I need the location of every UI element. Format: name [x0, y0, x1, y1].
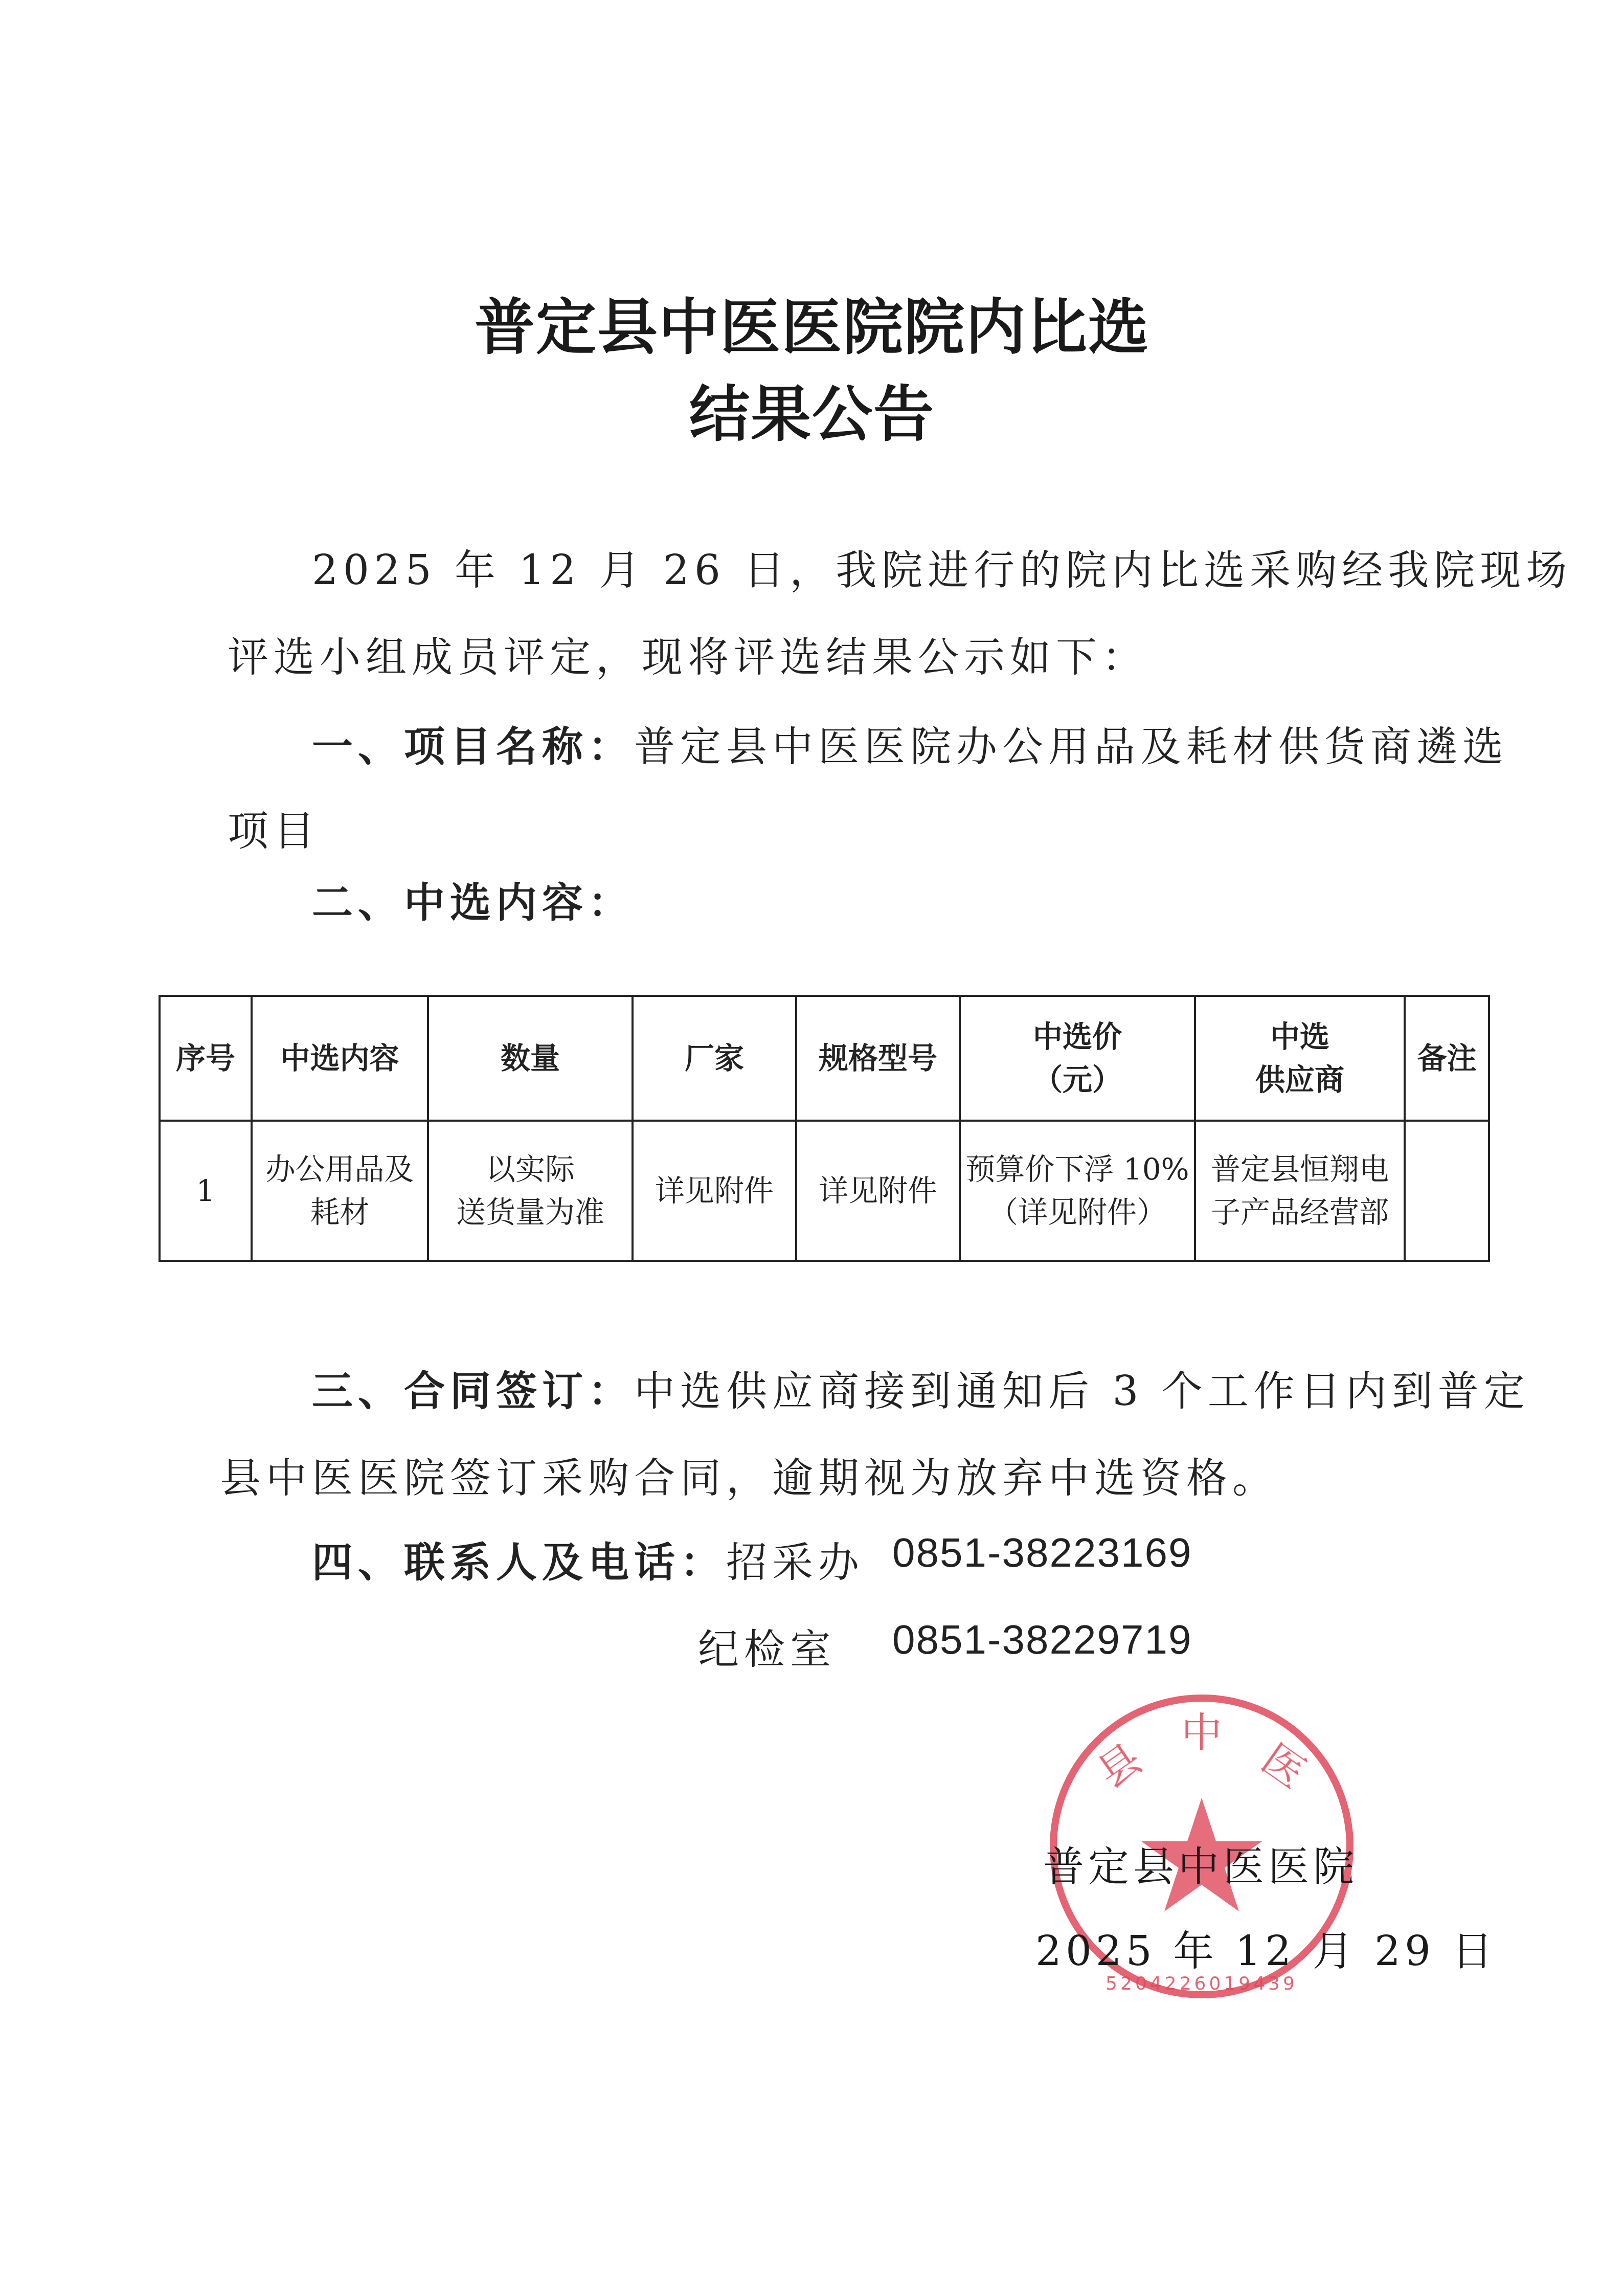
table-cell — [1405, 1121, 1489, 1261]
signature-date: 2025 年 12 月 29 日 — [1035, 1918, 1497, 1977]
table-cell: 预算价下浮 10%（详见附件） — [960, 1121, 1195, 1261]
intro-line-2: 评选小组成员评定，现将评选结果公示如下： — [228, 624, 1148, 683]
table-cell-text: 送货量为准 — [432, 1191, 628, 1234]
table-header-text: （元） — [964, 1058, 1191, 1101]
table-cell-text: 办公用品及 — [256, 1148, 424, 1191]
contact-phone: 0851-38229719 — [892, 1616, 1192, 1663]
table-cell-text: 详见附件 — [637, 1169, 792, 1212]
section-contract-signing-text: 中选供应商接到通知后 3 个工作日内到普定 — [634, 1367, 1530, 1415]
table-cell-text: 预算价下浮 10% — [964, 1148, 1191, 1191]
table-header-text: 厂家 — [637, 1037, 792, 1080]
table-header-cell: 中选价（元） — [960, 996, 1195, 1121]
table-cell-text: 以实际 — [432, 1148, 628, 1191]
contact-name: 纪检室 — [698, 1616, 836, 1675]
section-contacts-label: 四、联系人及电话： — [312, 1539, 726, 1586]
table-header-cell: 厂家 — [633, 996, 796, 1121]
section-project-name-continued: 项目 — [228, 798, 320, 857]
table-header-text: 备注 — [1409, 1037, 1485, 1080]
table-cell: 详见附件 — [633, 1121, 796, 1261]
table-header-text: 中选 — [1199, 1015, 1401, 1058]
section-contract-signing: 三、合同签订：中选供应商接到通知后 3 个工作日内到普定 — [312, 1358, 1530, 1417]
table-cell-text: 子产品经营部 — [1199, 1191, 1401, 1234]
document-title-line1: 普定县中医医院院内比选 — [0, 279, 1624, 366]
intro-line-1: 2025 年 12 月 26 日，我院进行的院内比选采购经我院现场 — [312, 537, 1572, 596]
table-header-text: 供应商 — [1199, 1058, 1401, 1101]
document-title-line2: 结果公告 — [0, 366, 1624, 453]
table-cell-text: 普定县恒翔电 — [1199, 1148, 1401, 1191]
table-cell-text: 1 — [164, 1169, 247, 1212]
result-table: 序号中选内容数量厂家规格型号中选价（元）中选供应商备注 1办公用品及耗材以实际送… — [159, 995, 1490, 1262]
table-cell-text: 耗材 — [256, 1191, 424, 1234]
signature-org: 普定县中医医院 — [1043, 1834, 1358, 1892]
section-project-name: 一、项目名称：普定县中医医院办公用品及耗材供货商遴选 — [312, 714, 1508, 772]
table-cell: 办公用品及耗材 — [252, 1121, 428, 1261]
table-header-cell: 序号 — [160, 996, 252, 1121]
contact-phone: 0851-38223169 — [892, 1529, 1192, 1576]
table-header-text: 中选内容 — [256, 1037, 424, 1080]
table-cell: 普定县恒翔电子产品经营部 — [1195, 1121, 1405, 1261]
table-cell: 1 — [160, 1121, 252, 1261]
section-contacts: 四、联系人及电话：招采办 — [312, 1529, 864, 1588]
table-header-cell: 中选内容 — [252, 996, 428, 1121]
table-header-cell: 规格型号 — [796, 996, 960, 1121]
section-selected-content-label: 二、中选内容： — [312, 870, 634, 928]
table-header-row: 序号中选内容数量厂家规格型号中选价（元）中选供应商备注 — [160, 996, 1489, 1121]
contact-name: 招采办 — [726, 1539, 864, 1586]
section-contract-signing-continued: 县中医医院签订采购合同，逾期视为放弃中选资格。 — [220, 1445, 1278, 1504]
table-cell: 详见附件 — [796, 1121, 960, 1261]
table-header-cell: 数量 — [428, 996, 633, 1121]
table-cell-text: 详见附件 — [800, 1169, 956, 1212]
table-header-cell: 备注 — [1405, 996, 1489, 1121]
table-row: 1办公用品及耗材以实际送货量为准详见附件详见附件预算价下浮 10%（详见附件）普… — [160, 1121, 1489, 1261]
table-header-text: 数量 — [432, 1037, 628, 1080]
table-cell: 以实际送货量为准 — [428, 1121, 633, 1261]
table-header-text: 规格型号 — [800, 1037, 956, 1080]
section-project-name-label: 一、项目名称： — [312, 723, 634, 770]
table-header-text: 序号 — [164, 1037, 247, 1080]
section-project-name-text: 普定县中医医院办公用品及耗材供货商遴选 — [634, 723, 1508, 770]
seal-char: 中 — [1181, 1709, 1222, 1756]
table-header-text: 中选价 — [964, 1015, 1191, 1058]
table-header-cell: 中选供应商 — [1195, 996, 1405, 1121]
table-cell-text: （详见附件） — [964, 1191, 1191, 1234]
section-contract-signing-label: 三、合同签订： — [312, 1367, 634, 1415]
